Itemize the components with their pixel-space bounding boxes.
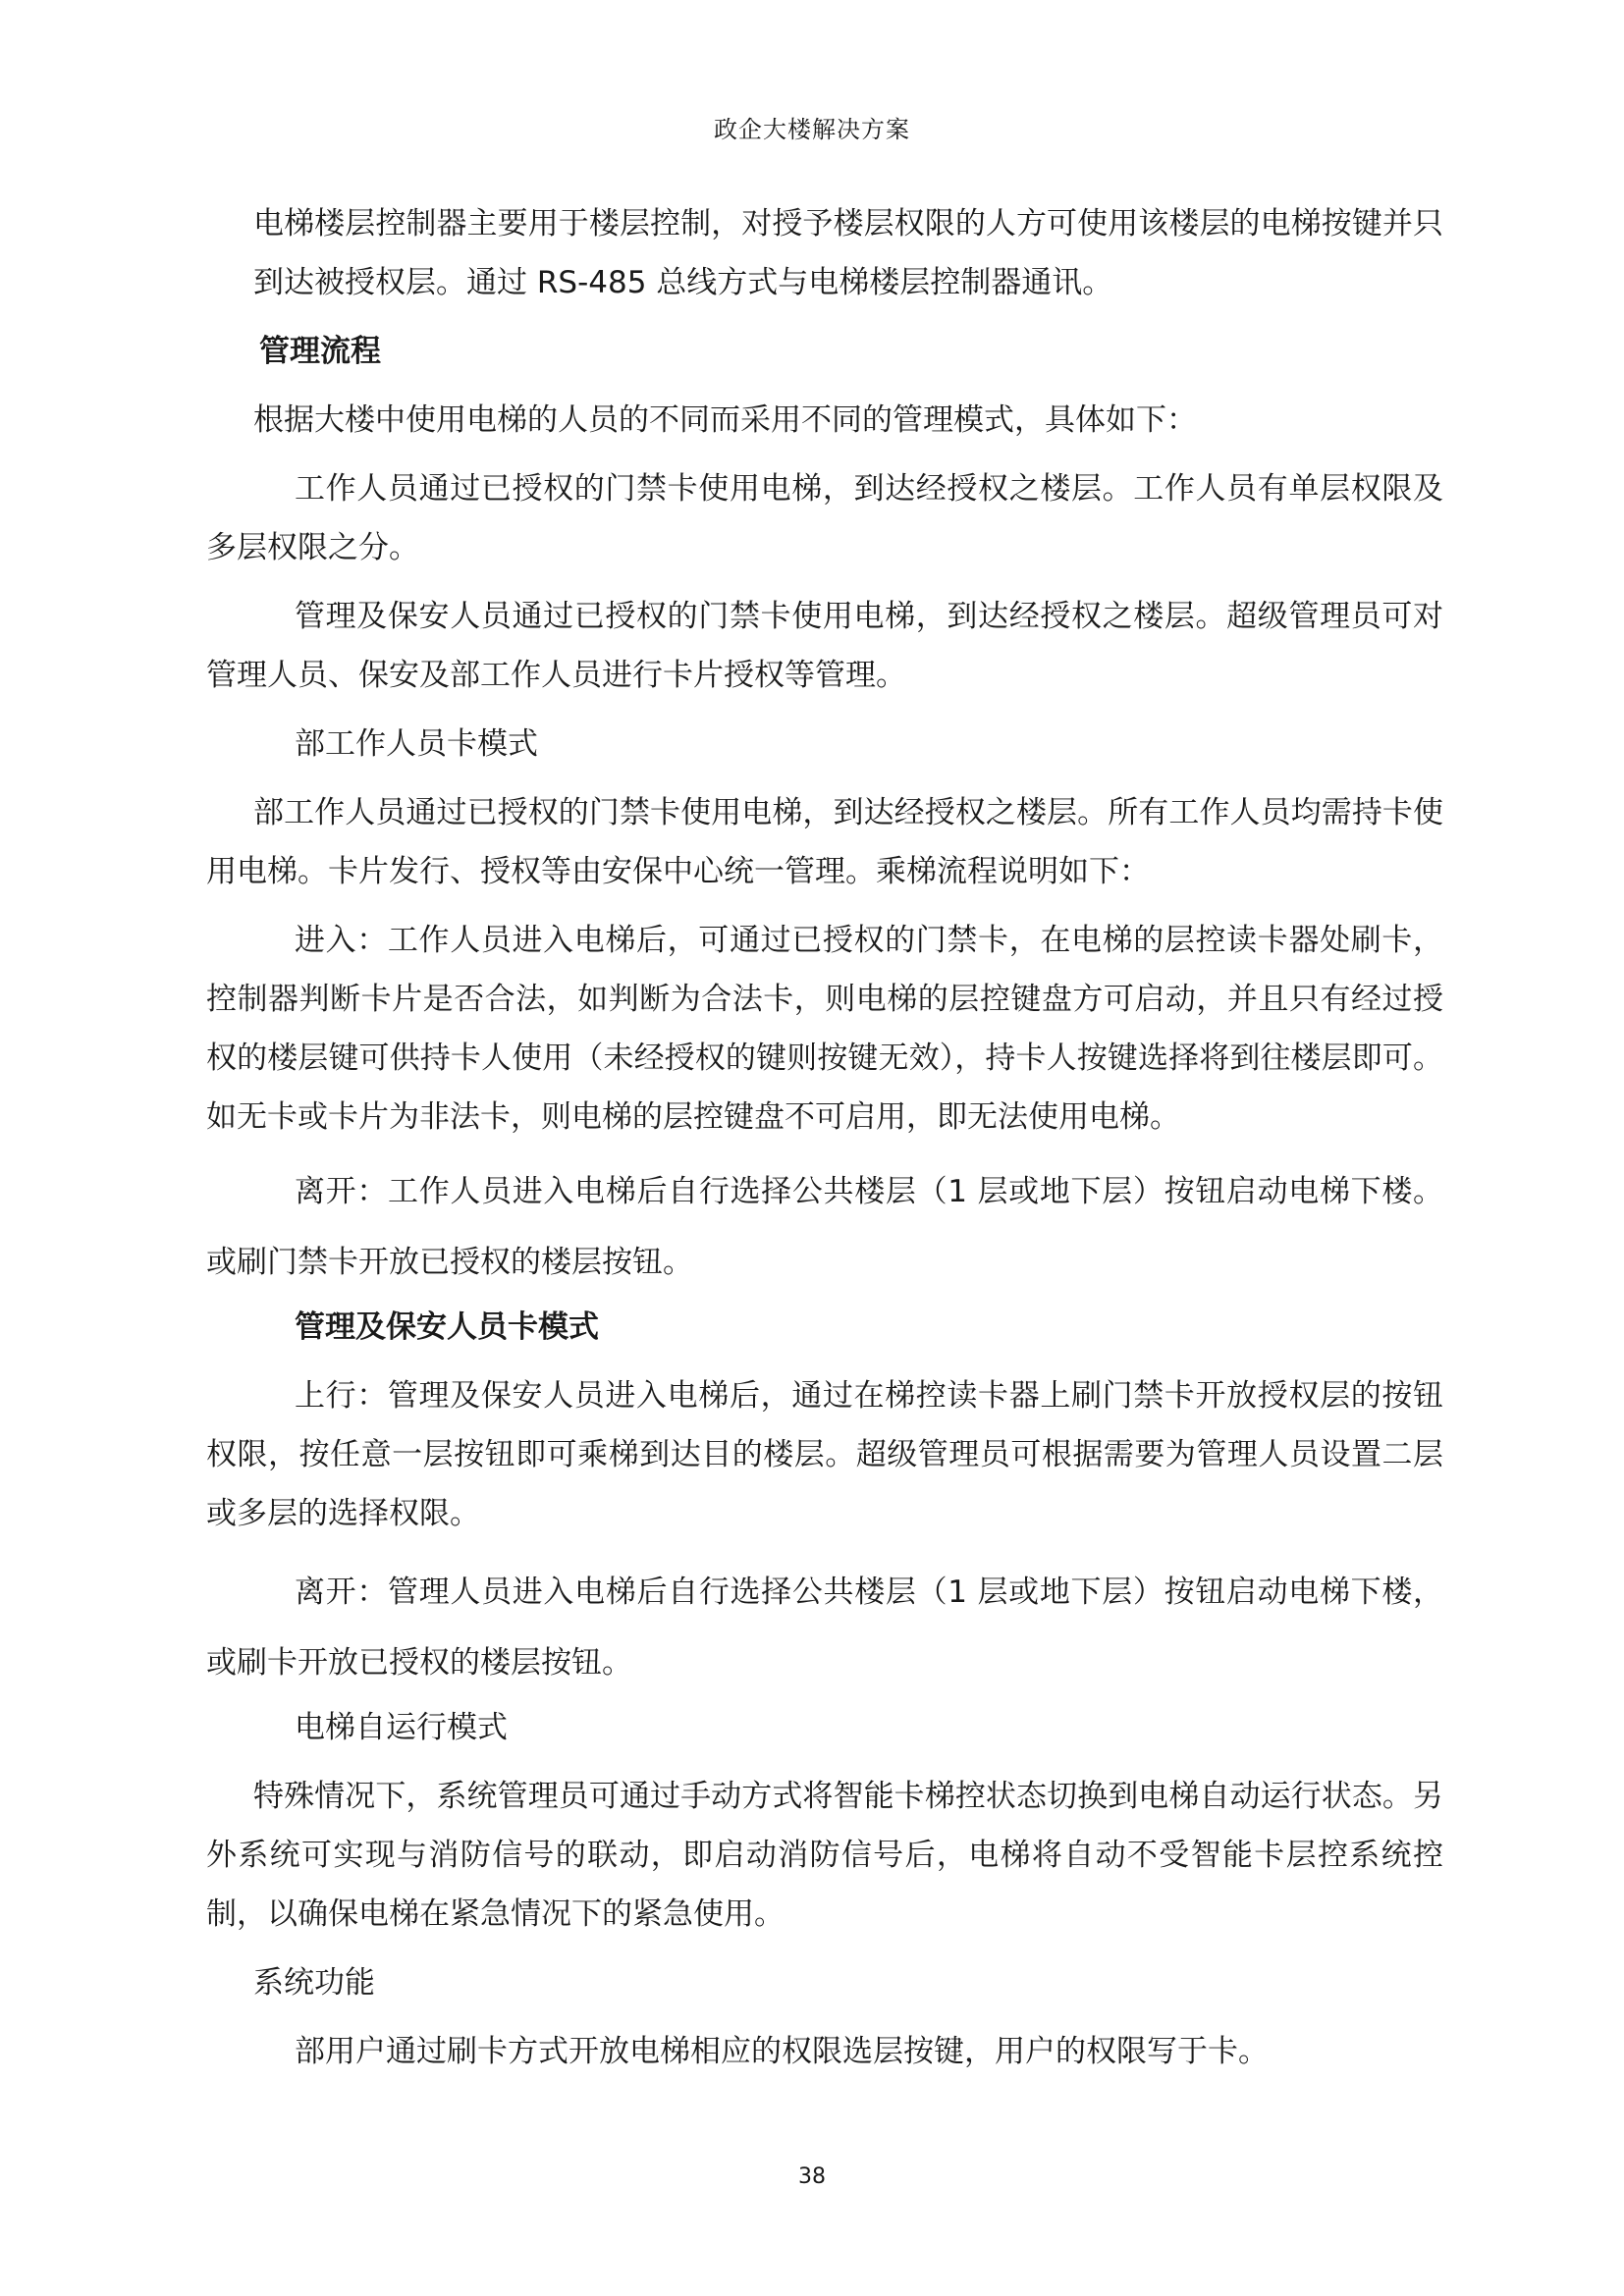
subheading-auto-mode: 电梯自运行模式 xyxy=(295,1698,1443,1757)
paragraph-leave-manager: 离开：管理人员进入电梯后自行选择公共楼层（1 层或地下层）按钮启动电梯下楼，或刷… xyxy=(206,1557,1443,1698)
paragraph-going-up: 上行：管理及保安人员进入电梯后，通过在梯控读卡器上刷门禁卡开放授权层的按钮权限，… xyxy=(206,1366,1443,1543)
paragraph-security-card: 管理及保安人员通过已授权的门禁卡使用电梯，到达经授权之楼层。超级管理员可对管理人… xyxy=(206,587,1443,705)
heading-security-card-mode: 管理及保安人员卡模式 xyxy=(295,1298,1443,1357)
paragraph-staff-card-mode: 部工作人员通过已授权的门禁卡使用电梯，到达经授权之楼层。所有工作人员均需持卡使用… xyxy=(206,783,1443,901)
subheading-staff-card-mode: 部工作人员卡模式 xyxy=(295,715,1443,774)
paragraph-auto-mode: 特殊情况下，系统管理员可通过手动方式将智能卡梯控状态切换到电梯自动运行状态。另外… xyxy=(206,1767,1443,1944)
paragraph-floor-controller: 电梯楼层控制器主要用于楼层控制，对授予楼层权限的人方可使用该楼层的电梯按键并只到… xyxy=(253,194,1443,312)
paragraph-system-functions: 部用户通过刷卡方式开放电梯相应的权限选层按键，用户的权限写于卡。 xyxy=(295,2022,1443,2081)
paragraph-leave-staff: 离开：工作人员进入电梯后自行选择公共楼层（1 层或地下层）按钮启动电梯下楼。或刷… xyxy=(206,1156,1443,1298)
page-header: 政企大楼解决方案 xyxy=(0,110,1624,144)
heading-management-process: 管理流程 xyxy=(259,322,1443,381)
subheading-system-functions: 系统功能 xyxy=(253,1953,1443,2012)
paragraph-management-modes: 根据大楼中使用电梯的人员的不同而采用不同的管理模式，具体如下： xyxy=(253,391,1443,450)
document-body: 电梯楼层控制器主要用于楼层控制，对授予楼层权限的人方可使用该楼层的电梯按键并只到… xyxy=(253,194,1443,2081)
page-number: 38 xyxy=(0,2164,1624,2189)
paragraph-enter: 进入：工作人员进入电梯后，可通过已授权的门禁卡，在电梯的层控读卡器处刷卡，控制器… xyxy=(206,911,1443,1147)
paragraph-staff-card: 工作人员通过已授权的门禁卡使用电梯，到达经授权之楼层。工作人员有单层权限及多层权… xyxy=(206,459,1443,577)
